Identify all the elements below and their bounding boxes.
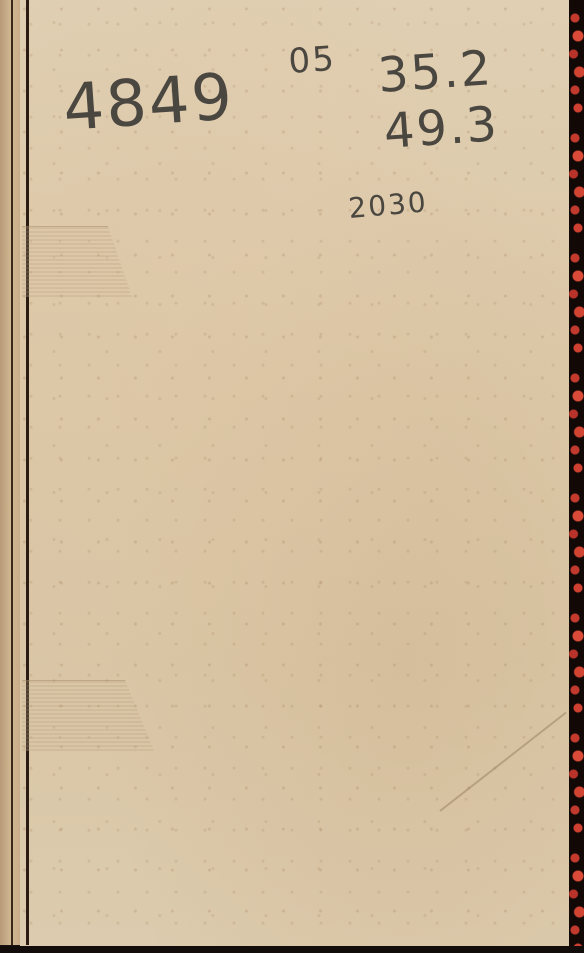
handwritten-value-2: 49.3 xyxy=(382,96,501,160)
handwritten-value-1: 35.2 xyxy=(376,40,495,104)
handwritten-year: 2030 xyxy=(347,185,429,225)
gutter-shadow xyxy=(11,0,13,945)
marbled-cover-edge xyxy=(569,0,584,953)
binding-edge xyxy=(26,0,29,945)
handwritten-main-number: 4849 xyxy=(61,60,237,146)
scanned-page: 4849 05 35.2 49.3 2030 xyxy=(0,0,584,953)
scan-bottom-border xyxy=(0,946,584,953)
handwritten-superscript: 05 xyxy=(287,39,337,82)
